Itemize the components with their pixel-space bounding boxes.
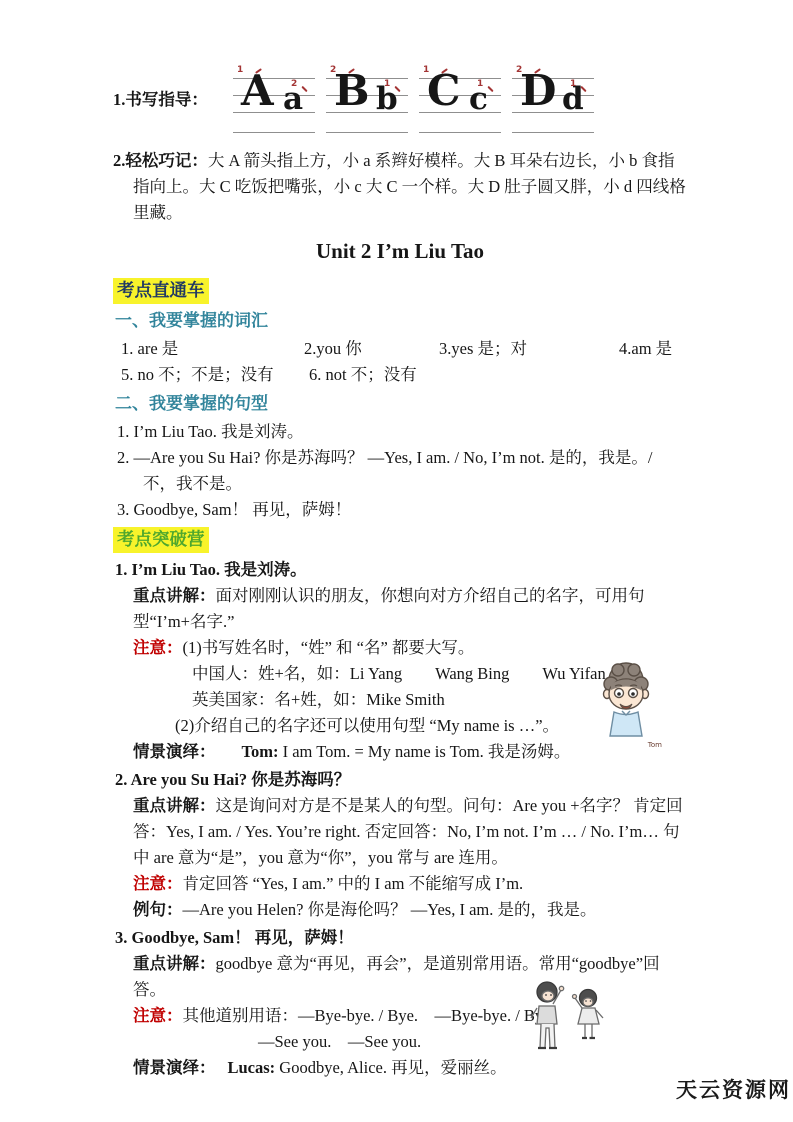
note-label: 注意： — [133, 1006, 183, 1025]
stroke-order-mark: 1 — [477, 80, 483, 89]
example-text: —Are you Helen? 你是海伦吗？ —Yes, I am. 是的，我是… — [183, 900, 597, 919]
express-heading-wrap: 考点直通车 — [113, 278, 687, 304]
vocab-item: 4.am 是 — [619, 339, 672, 358]
mnemonic-paragraph: 2.轻松巧记：大 A 箭头指上方，小 a 系辫好模样。大 B 耳朵右边长，小 b… — [113, 148, 687, 226]
stroke-tick-icon — [487, 86, 493, 92]
stroke-order-mark: 1 — [384, 80, 390, 89]
watermark: 天云资源网 — [676, 1074, 791, 1104]
letter-grid-aa: A a 1 2 — [231, 64, 317, 136]
document-page: 1.书写指导： A a 1 2 B b 2 1 — [0, 0, 793, 1122]
vocab-item: 1. are 是 — [121, 336, 304, 362]
letter-uppercase: D — [520, 69, 556, 113]
scenario-speaker: Lucas: — [228, 1058, 276, 1077]
letter-grid-dd: D d 2 1 — [510, 64, 596, 136]
goodbye-illustration — [525, 980, 611, 1059]
note-text: (1)书写姓名时，“姓” 和 “名” 都要大写。 — [183, 638, 475, 657]
mnemonic-text: 大 A 箭头指上方，小 a 系辫好模样。大 B 耳朵右边长，小 b 食指指向上。… — [133, 151, 686, 222]
stroke-order-mark: 1 — [570, 80, 576, 89]
waving-kids-icon — [525, 980, 611, 1054]
scenario-text: Goodbye, Alice. 再见，爱丽丝。 — [279, 1058, 506, 1077]
vocab-heading: 一、我要掌握的词汇 — [115, 308, 687, 334]
breakthrough-heading: 考点突破营 — [113, 527, 209, 553]
breakthrough-heading-wrap: 考点突破营 — [113, 527, 687, 553]
letter-grid-cc: C c 1 1 — [417, 64, 503, 136]
point2-title: 2. Are you Su Hai? 你是苏海吗？ — [115, 767, 687, 793]
pattern-item: 2. —Are you Su Hai? 你是苏海吗？ —Yes, I am. /… — [117, 445, 687, 497]
page-content: 1.书写指导： A a 1 2 B b 2 1 — [113, 64, 687, 1081]
vocab-row-2: 5. no 不；不是；没有6. not 不；没有 — [113, 362, 687, 388]
explain-label: 重点讲解： — [133, 954, 216, 973]
point2-explain: 重点讲解：这是询问对方是不是某人的句型。问句：Are you +名字？ 肯定回答… — [133, 793, 687, 871]
explain-label: 重点讲解： — [133, 796, 216, 815]
scenario-label: 情景演绎： — [133, 1058, 216, 1077]
stroke-order-mark: 1 — [237, 66, 243, 75]
stroke-order-mark: 2 — [516, 66, 522, 75]
tom-illustration: Tom — [584, 660, 668, 749]
express-heading: 考点直通车 — [113, 278, 209, 304]
vocab-item: 6. not 不；没有 — [309, 365, 417, 384]
handwriting-grids: A a 1 2 B b 2 1 C — [231, 64, 596, 136]
point1-explain: 重点讲解：面对刚刚认识的朋友，你想向对方介绍自己的名字，可用句型“I’m+名字.… — [133, 583, 687, 635]
writing-guide-row: 1.书写指导： A a 1 2 B b 2 1 — [113, 64, 687, 136]
scenario-text: I am Tom. = My name is Tom. 我是汤姆。 — [283, 742, 571, 761]
pattern-heading: 二、我要掌握的句型 — [115, 391, 687, 417]
stroke-order-mark: 2 — [291, 80, 297, 89]
mnemonic-label: 2.轻松巧记： — [113, 151, 208, 170]
explain-label: 重点讲解： — [133, 586, 216, 605]
note-text: 其他道别用语：—Bye-bye. / Bye. —Bye-bye. / Bye. — [183, 1006, 555, 1025]
vocab-item: 2.you 你 — [304, 336, 439, 362]
tom-caption: Tom — [584, 741, 668, 749]
point2-example: 例句：—Are you Helen? 你是海伦吗？ —Yes, I am. 是的… — [133, 897, 687, 923]
scenario-label: 情景演绎： — [133, 742, 216, 761]
point1-title: 1. I’m Liu Tao. 我是刘涛。 — [115, 557, 687, 583]
pattern-item: 3. Goodbye, Sam！ 再见，萨姆！ — [117, 497, 687, 523]
point3-title: 3. Goodbye, Sam！ 再见，萨姆！ — [115, 925, 687, 951]
note-label: 注意： — [133, 638, 183, 657]
note-label: 注意： — [133, 874, 183, 893]
vocab-row-1: 1. are 是2.you 你3.yes 是；对4.am 是 — [113, 336, 687, 362]
point3-note-line2: —See you. —See you. — [258, 1029, 687, 1055]
stroke-order-mark: 2 — [330, 66, 336, 75]
vocab-item: 3.yes 是；对 — [439, 336, 619, 362]
vocab-item: 5. no 不；不是；没有 — [121, 362, 309, 388]
note-text: 肯定回答 “Yes, I am.” 中的 I am 不能缩写成 I’m. — [183, 874, 524, 893]
letter-uppercase: C — [427, 69, 460, 113]
letter-grid-bb: B b 2 1 — [324, 64, 410, 136]
writing-guide-label: 1.书写指导： — [113, 87, 231, 113]
example-label: 例句： — [133, 900, 183, 919]
letter-uppercase: A — [241, 69, 274, 113]
pattern-item: 1. I’m Liu Tao. 我是刘涛。 — [117, 419, 687, 445]
unit-title: Unit 2 I’m Liu Tao — [113, 236, 687, 266]
stroke-order-mark: 1 — [423, 66, 429, 75]
letter-uppercase: B — [334, 69, 370, 113]
point1-note: 注意：(1)书写姓名时，“姓” 和 “名” 都要大写。 — [133, 635, 687, 661]
explain-text: 这是询问对方是不是某人的句型。问句：Are you +名字？ 肯定回答：Yes,… — [133, 796, 683, 867]
point2-note: 注意：肯定回答 “Yes, I am.” 中的 I am 不能缩写成 I’m. — [133, 871, 687, 897]
tom-boy-icon — [584, 660, 668, 740]
scenario-speaker: Tom: — [242, 742, 279, 761]
